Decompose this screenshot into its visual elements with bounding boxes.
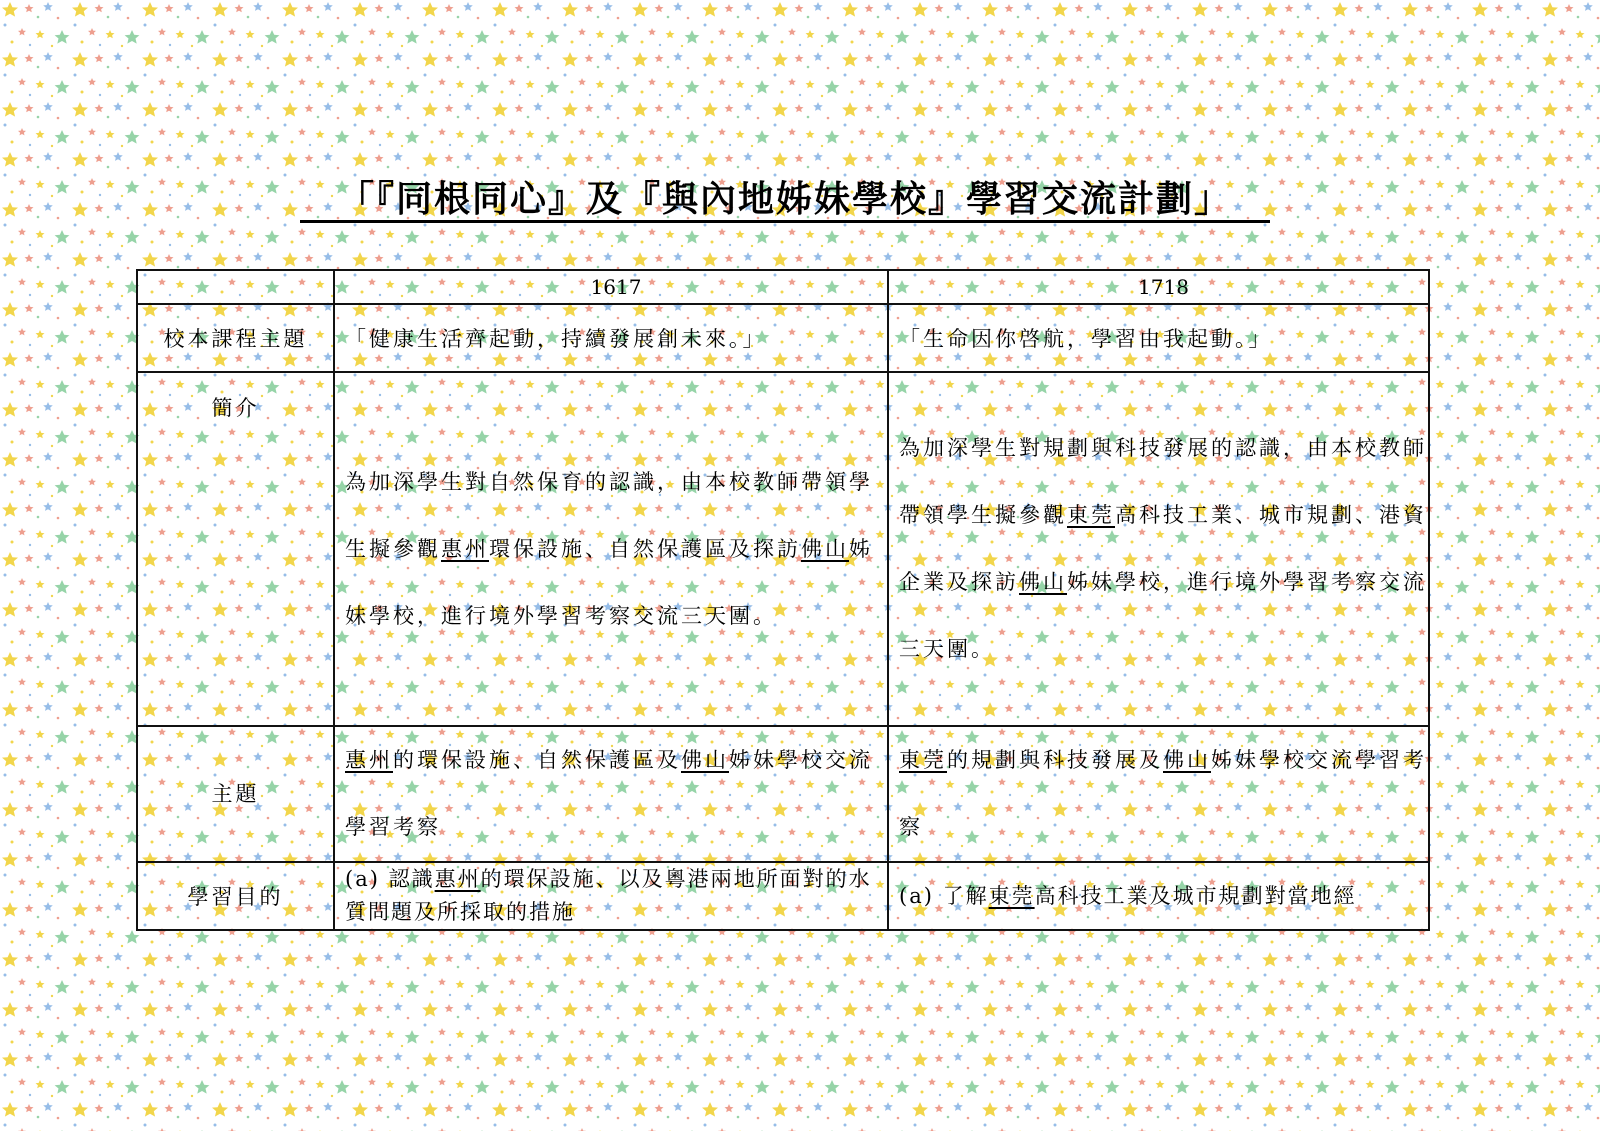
header-cell-1617: 1617 [334,270,888,304]
exchange-plan-table: 1617 1718 校本課程主題 「健康生活齊起動，持續發展創未來。」 「生命因… [136,269,1430,931]
row-label-intro: 簡介 [137,372,334,726]
theme-1718: 「生命因你啓航，學習由我起動。」 [888,304,1429,372]
place-foshan: 佛山 [801,537,849,561]
goal-1718-text-a: (a) 了解 [899,884,989,908]
goal-1617-text-a: (a) 認識 [345,867,435,891]
row-label-theme: 校本課程主題 [137,304,334,372]
place-huizhou: 惠州 [345,748,393,772]
table-row-goal: 學習目的 (a) 認識惠州的環保設施、以及粵港兩地所面對的水質問題及所採取的措施… [137,862,1429,930]
table-row-topic: 主題 惠州的環保設施、自然保護區及佛山姊妹學校交流學習考察 東莞的規劃與科技發展… [137,726,1429,862]
theme-1617: 「健康生活齊起動，持續發展創未來。」 [334,304,888,372]
place-dongguan: 東莞 [899,748,947,772]
table-row-theme: 校本課程主題 「健康生活齊起動，持續發展創未來。」 「生命因你啓航，學習由我起動… [137,304,1429,372]
place-dongguan: 東莞 [1067,503,1115,527]
goal-1718-text-b: 高科技工業及城市規劃對當地經 [1035,884,1357,908]
place-huizhou: 惠州 [441,537,489,561]
topic-1617-text-a: 的環保設施、自然保護區及 [393,748,681,772]
row-label-topic: 主題 [137,726,334,862]
intro-1617-text-b: 環保設施、自然保護區及探訪 [489,537,801,561]
intro-1718: 為加深學生對規劃與科技發展的認識，由本校教師帶領學生擬參觀東莞高科技工業、城市規… [888,372,1429,726]
table-row-intro: 簡介 為加深學生對自然保育的認識，由本校教師帶領學生擬參觀惠州環保設施、自然保護… [137,372,1429,726]
place-foshan: 佛山 [1019,570,1067,594]
topic-1718-text-a: 的規劃與科技發展及 [947,748,1163,772]
title-underline [300,220,1270,223]
document-title: 「『同根同心』及『與內地姊妹學校』學習交流計劃」 [300,178,1270,222]
table-header-row: 1617 1718 [137,270,1429,304]
intro-1617: 為加深學生對自然保育的認識，由本校教師帶領學生擬參觀惠州環保設施、自然保護區及探… [334,372,888,726]
document-page: 「『同根同心』及『與內地姊妹學校』學習交流計劃」 1617 1718 校本課程主… [0,0,1600,1131]
place-huizhou: 惠州 [435,867,481,891]
place-dongguan: 東莞 [989,884,1035,908]
header-cell-empty [137,270,334,304]
header-cell-1718: 1718 [888,270,1429,304]
row-label-goal: 學習目的 [137,862,334,930]
topic-1718: 東莞的規劃與科技發展及佛山姊妹學校交流學習考察 [888,726,1429,862]
goal-1617: (a) 認識惠州的環保設施、以及粵港兩地所面對的水質問題及所採取的措施 [334,862,888,930]
place-foshan: 佛山 [681,748,729,772]
topic-1617: 惠州的環保設施、自然保護區及佛山姊妹學校交流學習考察 [334,726,888,862]
goal-1718: (a) 了解東莞高科技工業及城市規劃對當地經 [888,862,1429,930]
place-foshan: 佛山 [1163,748,1211,772]
